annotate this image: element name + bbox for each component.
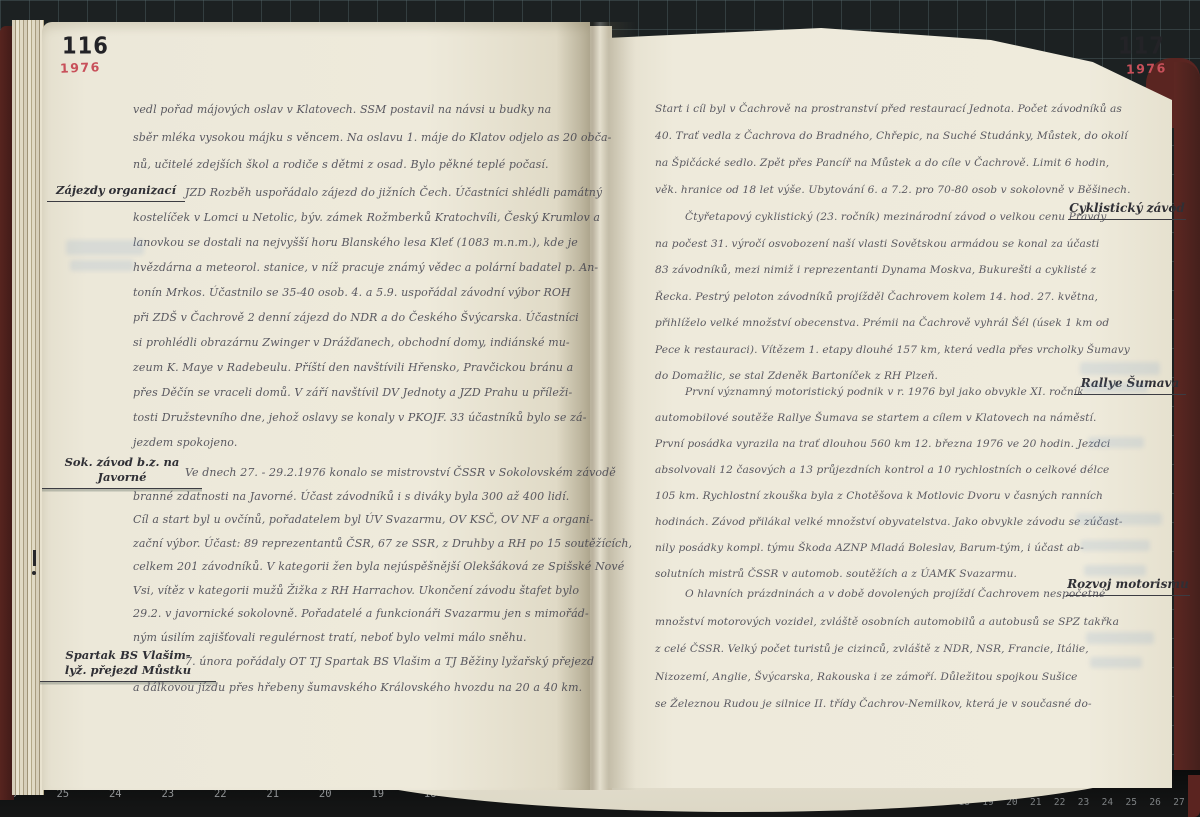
paragraph-116-2: JZD Rozběh uspořádalo zájezd do jižních …: [133, 180, 603, 455]
page-number-right: 117: [1118, 33, 1165, 59]
page-content-layer: 116 1976 Zájezdy organizací Sok. závod b…: [0, 0, 1200, 817]
show-through-mark: [1076, 513, 1162, 525]
page-number-left: 116: [62, 33, 109, 59]
paragraph-117-4: O hlavních prázdninách a v době dovolený…: [655, 581, 1107, 719]
show-through-mark: [66, 240, 144, 255]
chronicle-scan: 26252423222120191817161514131211 1234567…: [0, 0, 1200, 817]
year-stamp-right: 1976: [1126, 60, 1167, 76]
show-through-mark: [1090, 657, 1142, 668]
show-through-mark: [1086, 632, 1154, 644]
paragraph-117-3: První významný motoristický podnik v r. …: [655, 379, 1107, 587]
paragraph-117-1: Start i cíl byl v Čachrově na prostranst…: [655, 96, 1107, 204]
paragraph-116-1: vedl pořad májových oslav v Klatovech. S…: [133, 96, 603, 179]
ink-mark: [33, 550, 36, 566]
show-through-mark: [1088, 437, 1144, 448]
ink-mark-dot: [32, 571, 36, 575]
show-through-mark: [1080, 540, 1150, 551]
show-through-mark: [1082, 382, 1148, 393]
year-stamp-left: 1976: [60, 59, 101, 75]
paragraph-116-4: 7. února pořádaly OT TJ Spartak BS Vlaši…: [133, 649, 603, 701]
show-through-mark: [1080, 362, 1160, 375]
paragraph-117-2: Čtyřetapový cyklistický (23. ročník) mez…: [655, 204, 1107, 390]
paragraph-116-3: Ve dnech 27. - 29.2.1976 konalo se mistr…: [133, 461, 611, 649]
show-through-mark: [70, 260, 134, 271]
show-through-mark: [1084, 565, 1146, 576]
